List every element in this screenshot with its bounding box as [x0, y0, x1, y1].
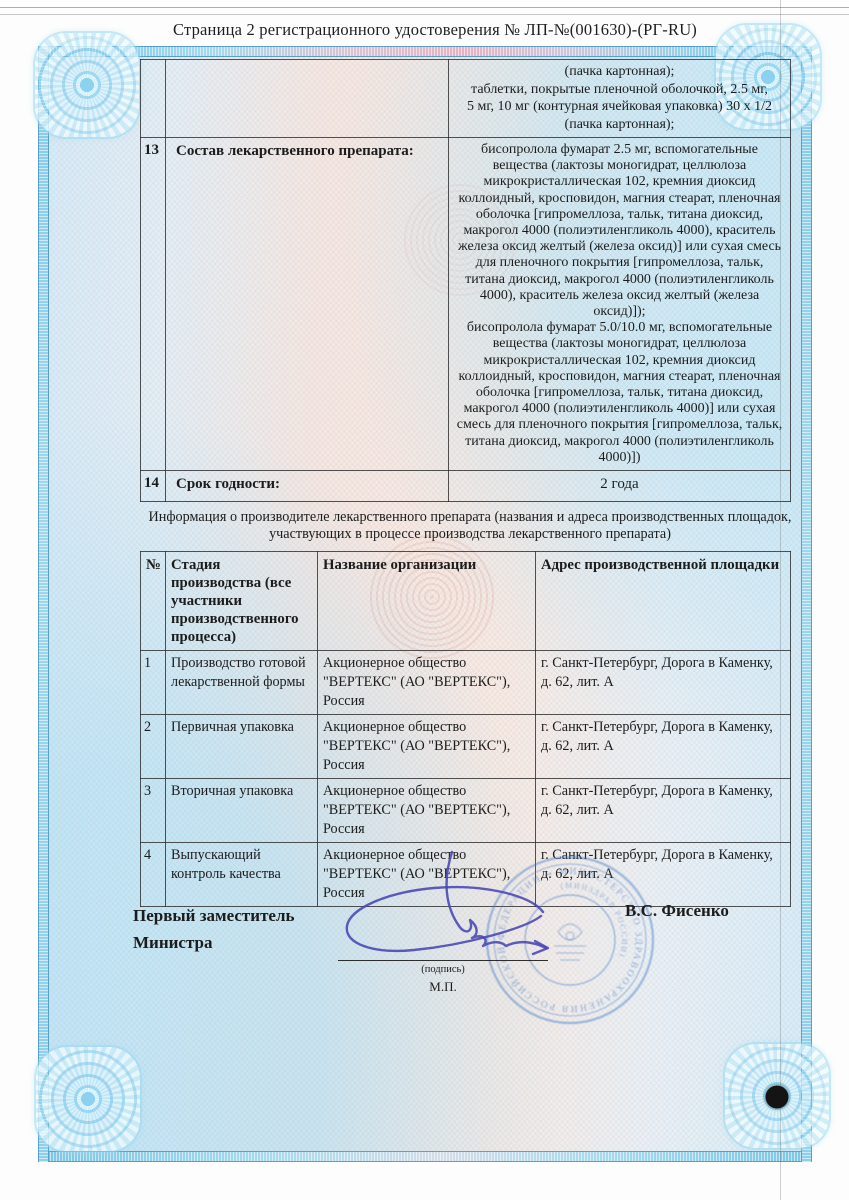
- table-row-packaging-continuation: (пачка картонная); таблетки, покрытые пл…: [141, 60, 791, 138]
- table-header-row: № Стадия производства (все участники про…: [141, 552, 791, 651]
- site-organization: Акционерное общество "ВЕРТЕКС" (АО "ВЕРТ…: [318, 715, 536, 779]
- scan-artifact-line-top-2: [0, 14, 849, 15]
- site-stage: Вторичная упаковка: [166, 779, 318, 843]
- site-organization: Акционерное общество "ВЕРТЕКС" (АО "ВЕРТ…: [318, 651, 536, 715]
- site-address: г. Санкт-Петербург, Дорога в Каменку, д.…: [536, 651, 791, 715]
- composition-label: Состав лекарственного препарата:: [166, 138, 449, 471]
- svg-text:(МИНЗДРАВ РОССИИ): (МИНЗДРАВ РОССИИ): [560, 872, 634, 969]
- document-page: Страница 2 регистрационного удостоверени…: [0, 0, 849, 1200]
- col-header-organization: Название организации: [318, 552, 536, 651]
- guilloche-rosette-bottom-left-icon: [36, 1047, 140, 1151]
- guilloche-border-right: [801, 46, 812, 1162]
- site-organization: Акционерное общество "ВЕРТЕКС" (АО "ВЕРТ…: [318, 779, 536, 843]
- table-row-composition: 13 Состав лекарственного препарата: бисо…: [141, 138, 791, 471]
- scan-artifact-line-top-1: [0, 7, 849, 8]
- packaging-value-cell: (пачка картонная); таблетки, покрытые пл…: [449, 60, 791, 138]
- col-header-address: Адрес производственной площадки: [536, 552, 791, 651]
- row-number-cell: [141, 60, 166, 138]
- guilloche-rosette-top-left-icon: [35, 33, 139, 137]
- site-row-number: 1: [141, 651, 166, 715]
- composition-value: бисопролола фумарат 2.5 мг, вспомогатель…: [449, 138, 791, 471]
- guilloche-border-left: [38, 46, 49, 1162]
- punch-hole: [766, 1086, 789, 1109]
- site-stage: Производство готовой лекарственной формы: [166, 651, 318, 715]
- signer-title: Первый заместитель Министра: [133, 902, 353, 956]
- site-row-number: 4: [141, 843, 166, 907]
- row-number-cell: 13: [141, 138, 166, 471]
- page-header: Страница 2 регистрационного удостоверени…: [40, 20, 830, 40]
- table-row: 1 Производство готовой лекарственной фор…: [141, 651, 791, 715]
- scan-artifact-line-vertical: [780, 0, 781, 1200]
- site-address: г. Санкт-Петербург, Дорога в Каменку, д.…: [536, 779, 791, 843]
- guilloche-border-top: [38, 46, 812, 57]
- signature-stroke: [330, 848, 565, 966]
- table-row-shelf-life: 14 Срок годности: 2 года: [141, 471, 791, 502]
- table-row: 2 Первичная упаковка Акционерное обществ…: [141, 715, 791, 779]
- site-row-number: 2: [141, 715, 166, 779]
- seal-place-caption: М.П.: [338, 979, 548, 995]
- row-number-cell: 14: [141, 471, 166, 502]
- site-stage: Выпускающий контроль качества: [166, 843, 318, 907]
- manufacturer-info-note: Информация о производителе лекарственног…: [140, 509, 800, 542]
- site-stage: Первичная упаковка: [166, 715, 318, 779]
- seal-text-inner: (МИНЗДРАВ РОССИИ): [560, 872, 634, 969]
- shelf-life-value: 2 года: [449, 471, 791, 502]
- site-address: г. Санкт-Петербург, Дорога в Каменку, д.…: [536, 715, 791, 779]
- site-row-number: 3: [141, 779, 166, 843]
- signer-name: В.С. Фисенко: [625, 901, 729, 921]
- guilloche-border-bottom: [38, 1151, 812, 1162]
- product-info-table: (пачка картонная); таблетки, покрытые пл…: [140, 59, 791, 502]
- table-row: 3 Вторичная упаковка Акционерное обществ…: [141, 779, 791, 843]
- col-header-number: №: [141, 552, 166, 651]
- col-header-stage: Стадия производства (все участники произ…: [166, 552, 318, 651]
- shelf-life-label: Срок годности:: [166, 471, 449, 502]
- row-label-cell: [166, 60, 449, 138]
